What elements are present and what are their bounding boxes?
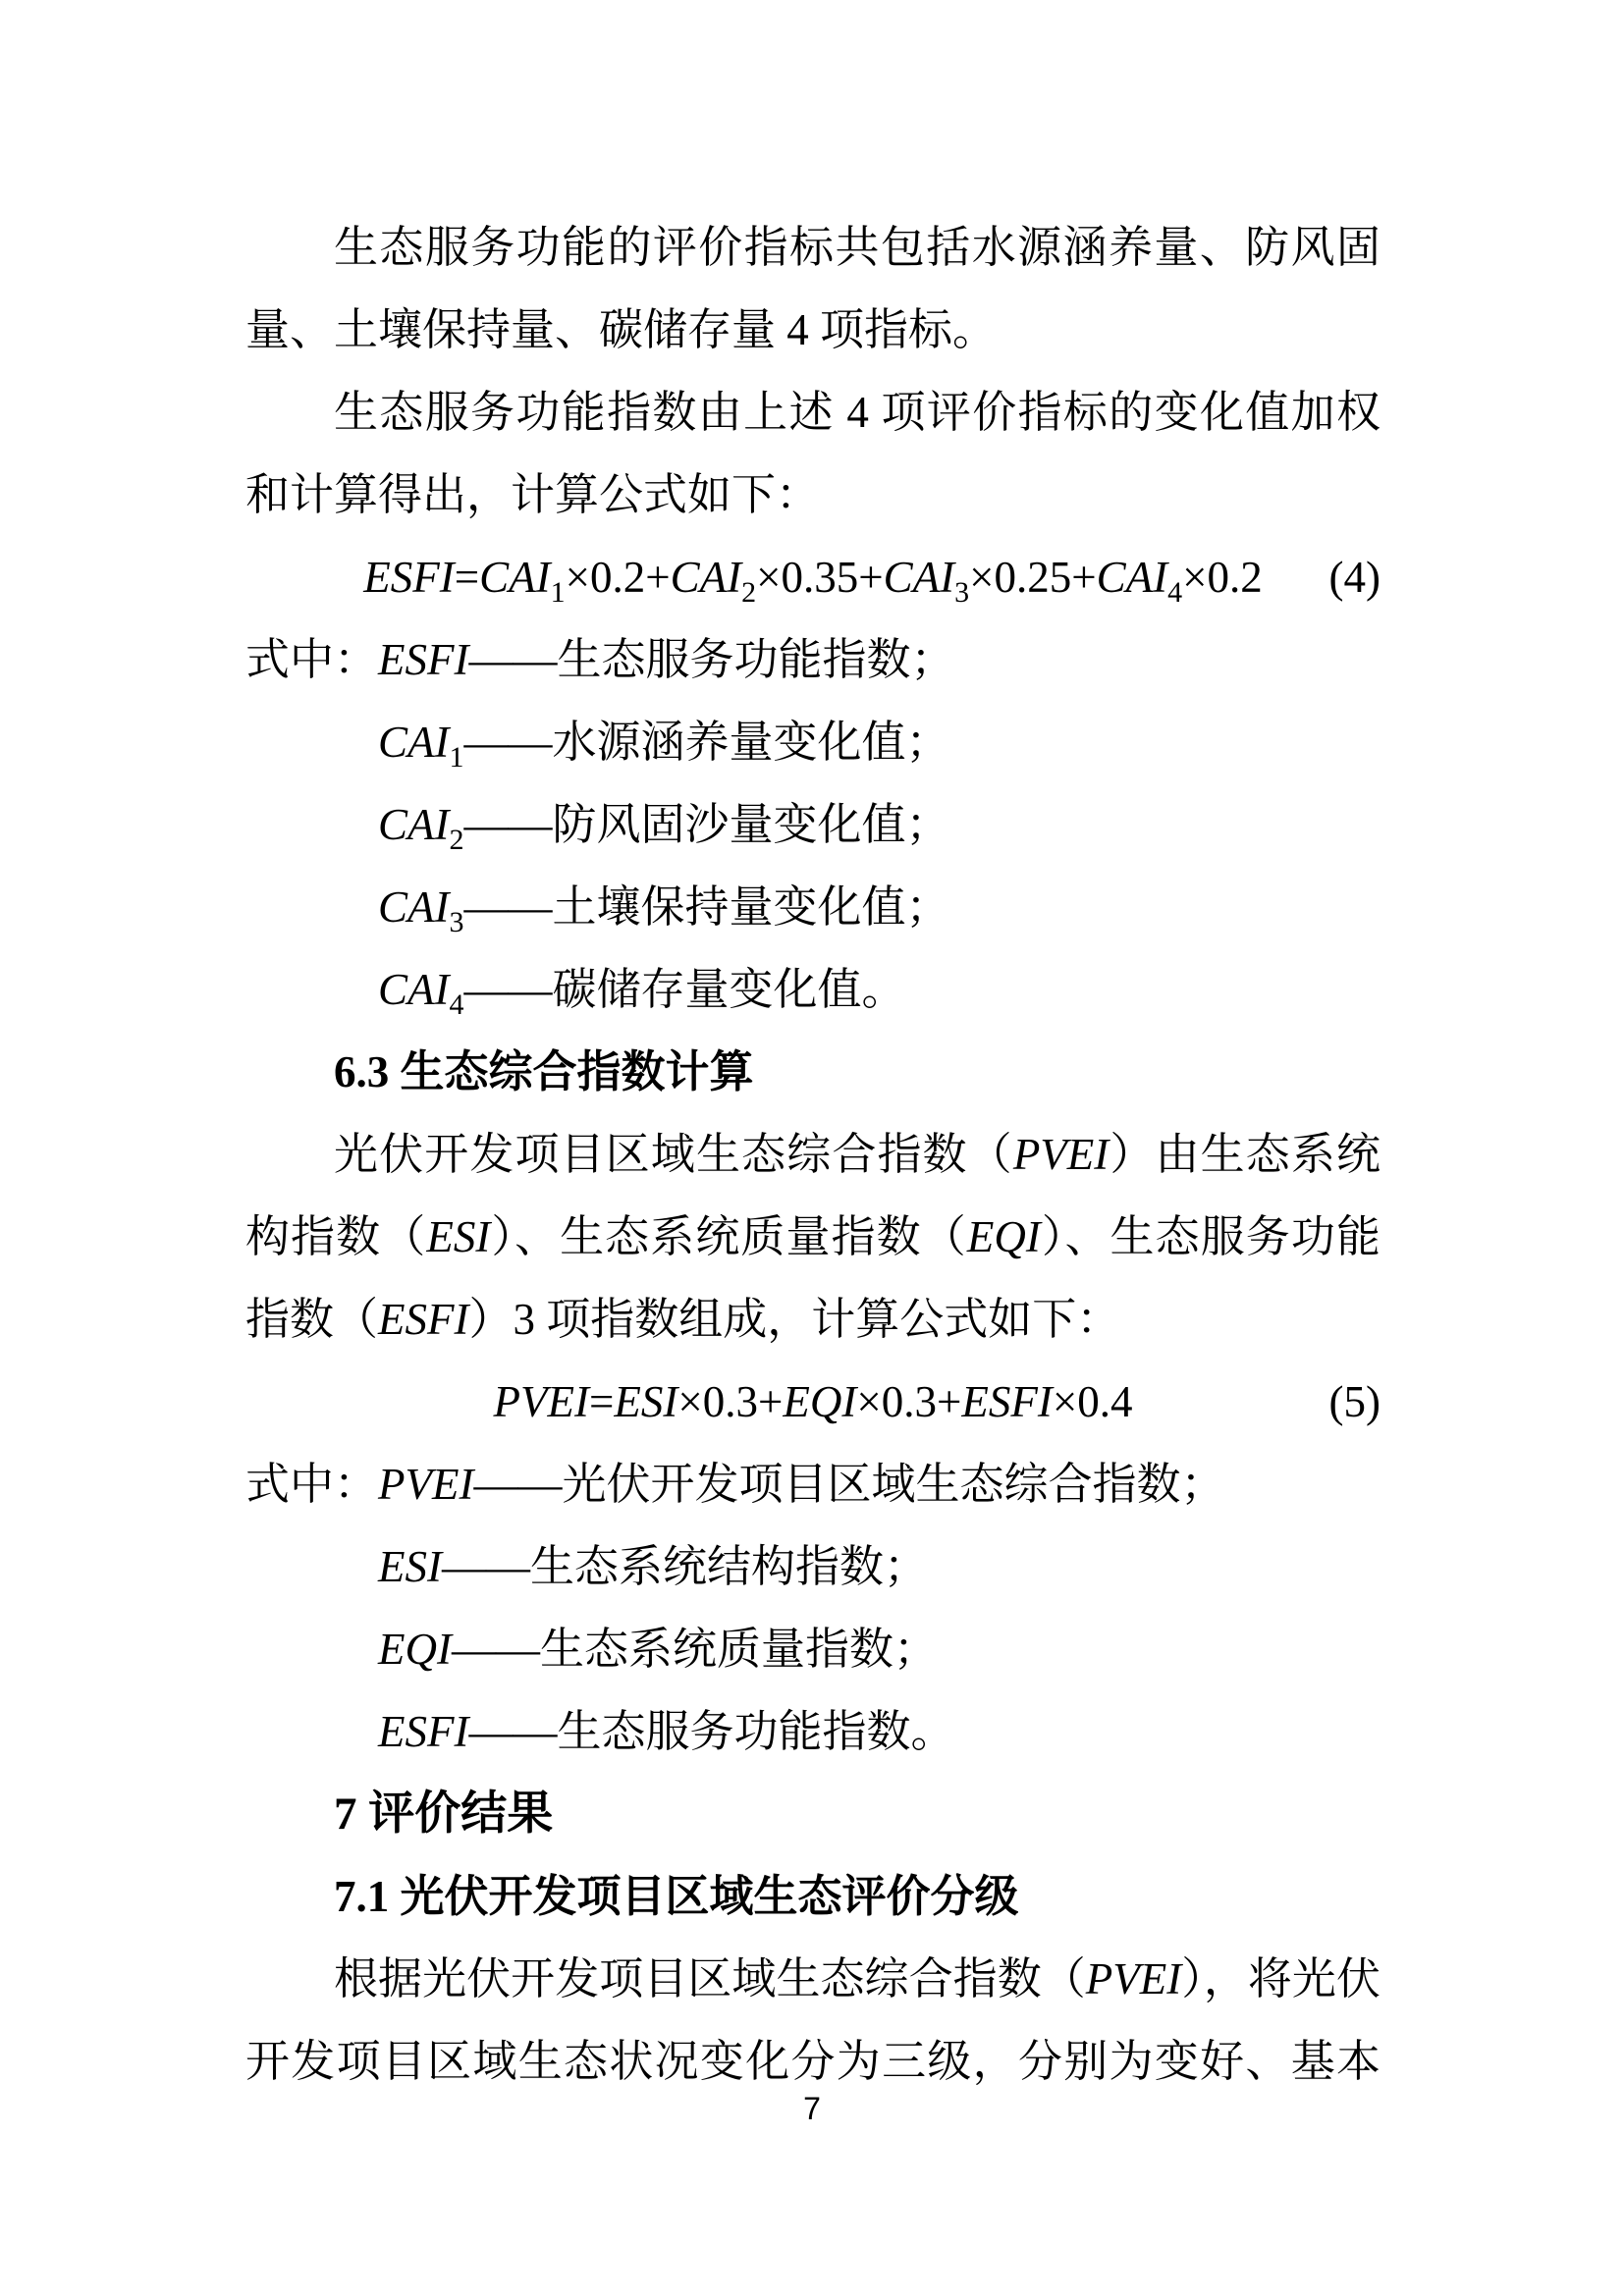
variable-text: CAI	[378, 882, 450, 932]
variable-text: ESI	[378, 1542, 442, 1591]
text-segment: ），将光伏	[1181, 1954, 1380, 2003]
variable-text: EQI	[378, 1625, 452, 1674]
text-segment: ——生态系统质量指数；	[452, 1625, 938, 1674]
text-segment: 和计算得出，计算公式如下：	[245, 470, 820, 519]
variable-text: CAI	[671, 553, 742, 602]
document-page: 生态服务功能的评价指标共包括水源涵养量、防风固沙量、土壤保持量、碳储存量 4 项…	[0, 0, 1624, 2296]
text-segment: 2	[450, 824, 464, 856]
variable-text: ESI	[614, 1377, 677, 1426]
definition-line: CAI1——水源涵养量变化值；	[245, 701, 1380, 783]
definition-line: CAI2——防风固沙量变化值；	[245, 783, 1380, 866]
text-segment: 3	[954, 576, 969, 609]
variable-text: ESFI	[378, 1295, 468, 1344]
variable-text: EQI	[783, 1377, 856, 1426]
variable-text: ESFI	[378, 635, 468, 684]
page-content: 生态服务功能的评价指标共包括水源涵养量、防风固沙量、土壤保持量、碳储存量 4 项…	[245, 206, 1380, 2103]
text-segment: ×0.2+	[566, 553, 671, 602]
text-segment: 6.3 生态综合指数计算	[334, 1047, 754, 1096]
definition-line: CAI4——碳储存量变化值。	[245, 948, 1380, 1031]
section-heading: 7.1 光伏开发项目区域生态评价分级	[245, 1855, 1380, 1938]
definition-prefix: 式中：	[245, 1443, 378, 1525]
text-segment: 4	[450, 988, 464, 1021]
definition-line: 式中：ESFI——生态服务功能指数；	[245, 618, 1380, 701]
text-segment: ——生态系统结构指数；	[442, 1542, 928, 1591]
text-segment: =	[589, 1377, 614, 1426]
text-segment: ×0.35+	[756, 553, 884, 602]
text-segment: ——生态服务功能指数。	[468, 1707, 954, 1756]
text-segment: ）、生态服务功能	[1041, 1212, 1380, 1261]
variable-text: ESFI	[378, 1707, 468, 1756]
text-segment: ×0.4	[1053, 1377, 1133, 1426]
variable-text: ESFI	[363, 553, 454, 602]
definition-prefix: 式中：	[245, 618, 378, 701]
text-line: 根据光伏开发项目区域生态综合指数（PVEI），将光伏	[245, 1938, 1380, 2020]
definition-line: 式中：PVEI——光伏开发项目区域生态综合指数；	[245, 1443, 1380, 1525]
equation-number: (4)	[1329, 536, 1380, 618]
text-segment: ——生态服务功能指数；	[468, 635, 954, 684]
text-segment: 生态服务功能的评价指标共包括水源涵养量、防风固沙	[245, 223, 1380, 289]
variable-text: PVEI	[378, 1460, 473, 1509]
variable-text: CAI	[378, 718, 450, 767]
text-segment: 根据光伏开发项目区域生态综合指数（	[334, 1954, 1086, 2003]
text-line: 生态服务功能的评价指标共包括水源涵养量、防风固沙	[245, 206, 1380, 289]
text-line: 指数（ESFI）3 项指数组成，计算公式如下：	[245, 1278, 1380, 1361]
page-number: 7	[0, 2091, 1624, 2127]
text-segment: ×0.3+	[856, 1377, 961, 1426]
text-line: 生态服务功能指数由上述 4 项评价指标的变化值加权求	[245, 371, 1380, 454]
text-segment: ——水源涵养量变化值；	[464, 718, 950, 767]
text-line: 构指数（ESI）、生态系统质量指数（EQI）、生态服务功能	[245, 1196, 1380, 1278]
text-segment: ——光伏开发项目区域生态综合指数；	[473, 1460, 1224, 1509]
text-line: 光伏开发项目区域生态综合指数（PVEI）由生态系统结	[245, 1113, 1380, 1196]
definition-line: ESI——生态系统结构指数；	[245, 1525, 1380, 1608]
variable-text: PVEI	[1013, 1130, 1109, 1179]
equation-number: (5)	[1329, 1361, 1380, 1443]
text-segment: 7.1 光伏开发项目区域生态评价分级	[334, 1872, 1019, 1921]
text-segment: 1	[450, 741, 464, 774]
text-segment: 指数（	[245, 1295, 378, 1344]
text-segment: ——土壤保持量变化值；	[464, 882, 950, 932]
formula-line: ESFI=CAI1×0.2+CAI2×0.35+CAI3×0.25+CAI4×0…	[245, 536, 1380, 618]
variable-text: PVEI	[1086, 1954, 1181, 2003]
text-segment: 3	[450, 906, 464, 938]
text-segment: ×0.3+	[677, 1377, 783, 1426]
variable-text: CAI	[378, 800, 450, 849]
text-segment: ×0.2	[1182, 553, 1263, 602]
text-segment: 2	[741, 576, 756, 609]
variable-text: CAI	[378, 965, 450, 1014]
section-heading: 7 评价结果	[245, 1773, 1380, 1855]
text-segment: ——防风固沙量变化值；	[464, 800, 950, 849]
variable-text: EQI	[967, 1212, 1041, 1261]
variable-text: ESFI	[961, 1377, 1052, 1426]
variable-text: CAI	[479, 553, 551, 602]
variable-text: CAI	[1097, 553, 1168, 602]
text-segment: ——碳储存量变化值。	[464, 965, 906, 1014]
text-line: 和计算得出，计算公式如下：	[245, 454, 1380, 536]
text-line: 量、土壤保持量、碳储存量 4 项指标。	[245, 289, 1380, 371]
text-segment: 量、土壤保持量、碳储存量 4 项指标。	[245, 305, 997, 354]
text-segment: 光伏开发项目区域生态综合指数（	[334, 1130, 1013, 1179]
definition-line: CAI3——土壤保持量变化值；	[245, 866, 1380, 948]
formula-line: PVEI=ESI×0.3+EQI×0.3+ESFI×0.4(5)	[245, 1361, 1380, 1443]
formula-text: PVEI=ESI×0.3+EQI×0.3+ESFI×0.4	[494, 1377, 1133, 1426]
text-segment: ×0.25+	[969, 553, 1097, 602]
variable-text: ESI	[426, 1212, 490, 1261]
text-segment: 7 评价结果	[334, 1789, 553, 1840]
text-segment: 4	[1167, 576, 1182, 609]
section-heading: 6.3 生态综合指数计算	[245, 1031, 1380, 1113]
text-segment: 1	[551, 576, 566, 609]
text-segment: ）3 项指数组成，计算公式如下：	[468, 1295, 1120, 1344]
text-segment: ）、生态系统质量指数（	[490, 1212, 967, 1261]
formula-text: ESFI=CAI1×0.2+CAI2×0.35+CAI3×0.25+CAI4×0…	[363, 553, 1263, 602]
text-segment: 构指数（	[245, 1212, 426, 1261]
definition-line: ESFI——生态服务功能指数。	[245, 1690, 1380, 1773]
text-segment: 生态服务功能指数由上述 4 项评价指标的变化值加权求	[245, 388, 1380, 454]
variable-text: CAI	[884, 553, 955, 602]
variable-text: PVEI	[494, 1377, 589, 1426]
definition-line: EQI——生态系统质量指数；	[245, 1608, 1380, 1690]
text-segment: =	[455, 553, 479, 602]
